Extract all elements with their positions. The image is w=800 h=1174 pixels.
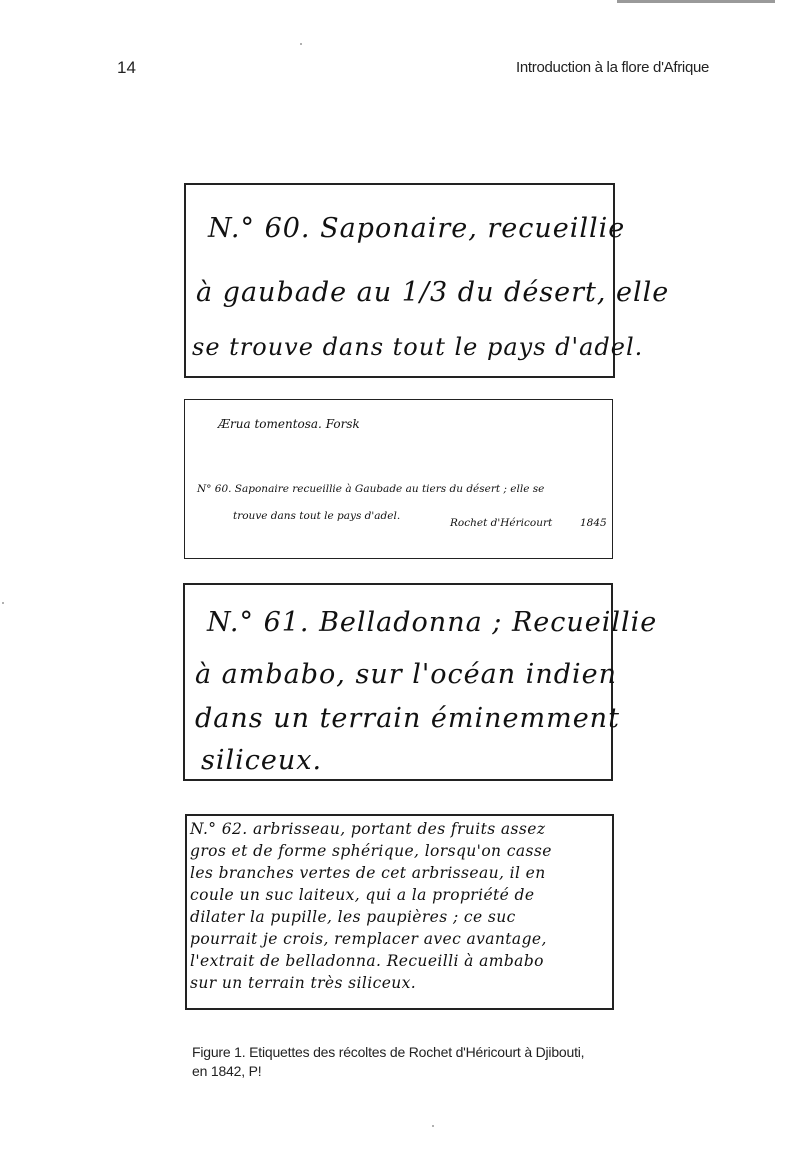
label-line: N.° 61. Belladonna ; Recueillie [207, 607, 657, 638]
label-line: dilater la pupille, les paupières ; ce s… [190, 908, 516, 926]
label-line: coule un suc laiteux, qui a la propriété… [190, 886, 534, 904]
label-line: sur un terrain très siliceux. [190, 974, 416, 992]
caption-line: Figure 1. Etiquettes des récoltes de Roc… [192, 1043, 632, 1062]
specimen-label-62: N.° 62. arbrisseau, portant des fruits a… [185, 814, 614, 1010]
page-number: 14 [117, 58, 136, 78]
label-line: l'extrait de belladonna. Recueilli à amb… [190, 952, 544, 970]
label-line: siliceux. [201, 745, 322, 776]
label-line: pourrait je crois, remplacer avec avanta… [190, 930, 547, 948]
running-head: Introduction à la flore d'Afrique [516, 59, 709, 76]
specimen-label-60: N.° 60. Saponaire, recueillie à gaubade … [184, 183, 615, 378]
label-line: N.° 62. arbrisseau, portant des fruits a… [190, 820, 545, 838]
label-line: N° 60. Saponaire recueillie à Gaubade au… [197, 483, 544, 495]
label-line: gros et de forme sphérique, lorsqu'on ca… [190, 842, 552, 860]
species-name: Ærua tomentosa. Forsk [218, 417, 360, 431]
caption-line: en 1842, P! [192, 1062, 632, 1081]
collector-name: Rochet d'Héricourt [450, 517, 552, 529]
specimen-label-61: N.° 61. Belladonna ; Recueillie à ambabo… [183, 583, 613, 781]
label-line: à ambabo, sur l'océan indien [195, 659, 617, 690]
label-line: dans un terrain éminemment [195, 703, 620, 734]
collection-year: 1845 [580, 517, 607, 529]
label-line: N.° 60. Saponaire, recueillie [208, 213, 625, 244]
scan-speck [2, 602, 4, 604]
scan-speck [432, 1125, 434, 1127]
label-line: se trouve dans tout le pays d'adel. [192, 333, 643, 361]
figure-caption: Figure 1. Etiquettes des récoltes de Roc… [192, 1043, 632, 1081]
scan-edge-gap [775, 0, 800, 3]
scan-speck [300, 43, 302, 45]
scan-edge-rule [617, 0, 800, 3]
label-line: les branches vertes de cet arbrisseau, i… [190, 864, 546, 882]
document-page: 14 Introduction à la flore d'Afrique N.°… [0, 0, 800, 1174]
herbarium-label: Ærua tomentosa. Forsk N° 60. Saponaire r… [184, 399, 613, 559]
label-line: trouve dans tout le pays d'adel. [233, 510, 400, 522]
label-line: à gaubade au 1/3 du désert, elle [196, 277, 669, 308]
